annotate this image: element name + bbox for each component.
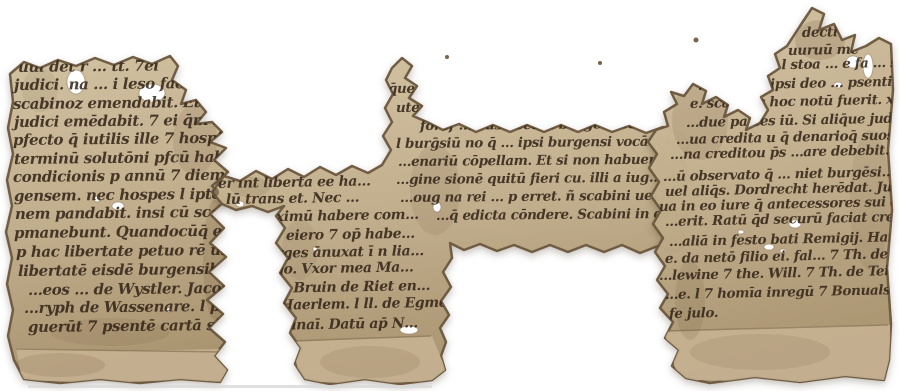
manuscript-text-line: pmanebunt. Quandocūq̄ ego uel … bbox=[14, 221, 291, 242]
parchment-canvas: uui det r … tt. 7eijudici. na … i leso f… bbox=[0, 0, 900, 391]
stain bbox=[15, 353, 105, 377]
manuscript-text-line: fe julo. bbox=[668, 305, 719, 322]
manuscript-text-line: eiero 7 op̄ habe… bbox=[286, 226, 415, 244]
manuscript-text-line: lū trans et. Nec … bbox=[226, 190, 360, 208]
manuscript-text-line: mes. Bruin de Riet en… bbox=[254, 278, 430, 297]
manuscript-text-line: …ounaī. Datū ap̄ N… bbox=[264, 315, 418, 334]
manuscript-text-line: p hac libertate petuo rē uiolabili… bbox=[16, 240, 291, 261]
manuscript-text-line: uterna. ī bbox=[396, 99, 459, 116]
manuscript-text-line: terminū solutōni pfcū habere n… bbox=[14, 147, 280, 168]
debris-speck bbox=[445, 55, 449, 59]
debris-speck bbox=[694, 38, 699, 43]
lines-right: decti uuuruū me…les l stoa … e fa … s ho… bbox=[659, 24, 900, 322]
manuscript-text-line: libertatē eisdē burgensibz firmi… bbox=[18, 259, 287, 280]
debris-speck bbox=[598, 61, 602, 65]
stain bbox=[690, 334, 830, 370]
manuscript-text-line: …eos … de Wystler. Jacobs de … bbox=[28, 278, 283, 299]
scan-shadow-line bbox=[28, 385, 432, 388]
manuscript-text-line: judici emēdabit. 7 ei q̄m ipugn… bbox=[11, 110, 274, 131]
fragment-left: uui det r … tt. 7eijudici. na … i leso f… bbox=[6, 56, 312, 383]
manuscript-text-line: …les l stoa … e fa … s holl. pbet bbox=[744, 53, 900, 74]
manuscript-text-line: judici. na … i leso fac… bbox=[11, 74, 199, 94]
manuscript-text-line: scabinoz emendabit. Et alij ma… ill… bbox=[13, 92, 310, 113]
stain bbox=[320, 346, 420, 378]
manuscript-text-line: guerūt 7 psentē cartā sigillo m… bbox=[28, 315, 290, 336]
manuscript-text-line: q̄ue t ecti bbox=[388, 80, 456, 97]
manuscript-text-line: …ryph de Wassenare. l p̄ā Teilo… bbox=[24, 296, 287, 317]
manuscript-photo: uui det r … tt. 7eijudici. na … i leso f… bbox=[0, 0, 900, 391]
fragment-right: decti uuuruū me…les l stoa … e fa … s ho… bbox=[648, 8, 900, 383]
manuscript-text-line: pfecto q̄ iutilis ille 7 hospitibz din… bbox=[13, 128, 298, 149]
debris-specks bbox=[445, 38, 699, 66]
